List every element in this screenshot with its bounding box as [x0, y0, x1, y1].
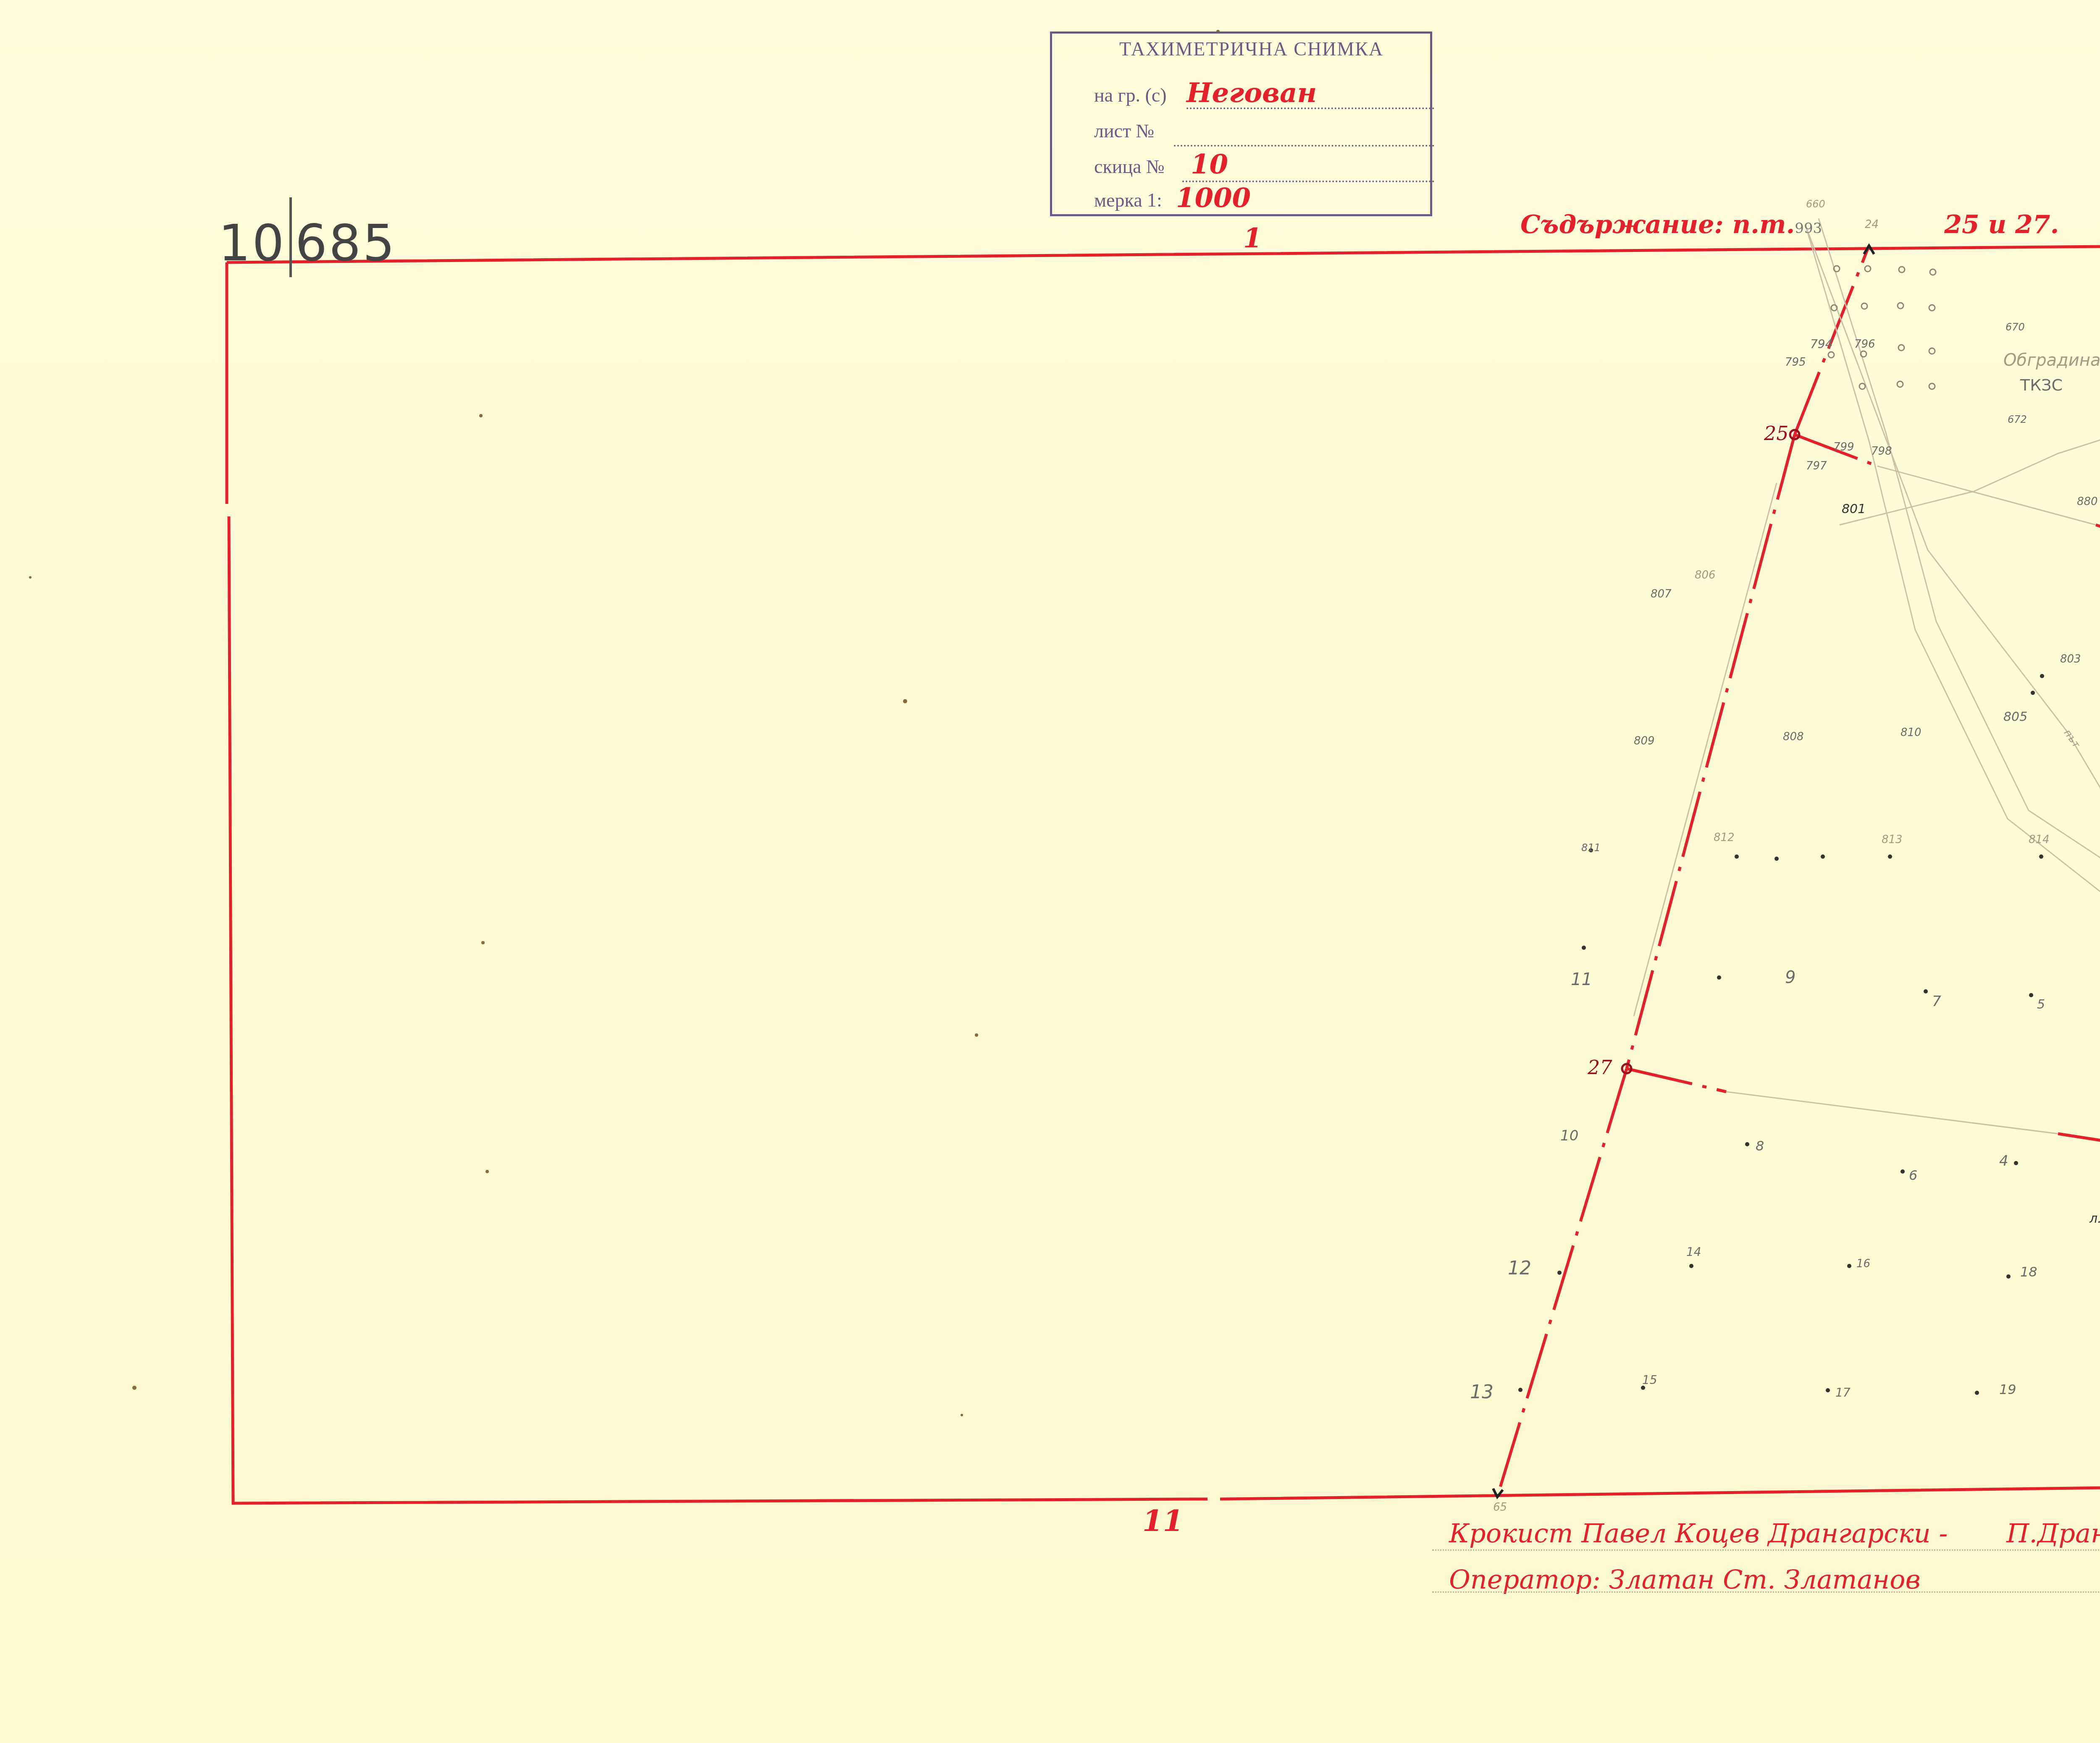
point-label: 796	[1854, 338, 1875, 351]
point-label: 797	[1806, 460, 1827, 472]
point-label: 812	[1714, 831, 1735, 844]
edge-marker-24: 24	[1865, 218, 1879, 231]
point-label: 16	[1856, 1258, 1870, 1270]
point-label: 17	[1835, 1386, 1851, 1400]
edge-marker-660: 660	[1806, 198, 1825, 210]
operator-signature-line	[1432, 1591, 2100, 1593]
sheet-dots	[1174, 145, 1434, 147]
point-label: 4	[1999, 1153, 2008, 1169]
operator-signature: Оператор: Златан Ст. Златанов	[1449, 1564, 1921, 1595]
point-label: 807	[1651, 588, 1672, 600]
sketcher-signature: Крокист Павел Коцев Дрангарски - П.Дран	[1449, 1518, 2100, 1549]
station-25-label: 25	[1764, 422, 1789, 445]
station-27-label: 27	[1588, 1056, 1612, 1079]
point-label: 806	[1695, 569, 1716, 582]
point-label: 814	[2029, 833, 2050, 846]
settlement-dots	[1186, 107, 1434, 109]
survey-sheet: ТАХИМЕТРИЧНА СНИМКА на гр. (с) Негован л…	[0, 0, 2100, 1743]
point-label: 880	[2077, 495, 2098, 508]
sheet-frame	[227, 246, 2100, 1503]
point-label: 811	[1581, 842, 1601, 854]
point-label: 13	[1470, 1381, 1494, 1403]
scale-value: 1000	[1176, 182, 1251, 214]
sheet-row: лист №	[1094, 120, 1154, 142]
point-label: 18	[2020, 1264, 2037, 1280]
sketcher-initials: П.Дран	[2006, 1518, 2100, 1549]
content-note-faint-ref: 993	[1795, 220, 1822, 237]
sheet-code-left: 10	[218, 214, 286, 273]
point-label: 810	[1900, 726, 1921, 739]
point-label: 19	[1999, 1381, 2016, 1397]
point-label: 670	[2005, 321, 2025, 333]
point-label: 801	[1842, 502, 1866, 516]
fence-annotation: Обградина	[2003, 351, 2100, 370]
point-label: 5	[2037, 997, 2045, 1012]
sketch-row: скица № 10	[1094, 155, 1165, 178]
point-label: 15	[1642, 1373, 1657, 1387]
sheet-code-separator	[289, 197, 292, 277]
point-label: 805	[2003, 710, 2027, 724]
sheet-code: 10685	[218, 197, 396, 277]
sketch-label: скица №	[1094, 156, 1165, 177]
settlement-row: на гр. (с) Негован	[1094, 84, 1166, 106]
point-label: 798	[1871, 445, 1892, 458]
sketcher-name: Крокист Павел Коцев Дрангарски -	[1449, 1518, 1948, 1549]
point-label: 10	[1560, 1127, 1578, 1144]
point-label: 11	[1571, 970, 1592, 989]
point-label: 813	[1882, 833, 1903, 846]
sketcher-signature-line	[1432, 1549, 2100, 1551]
point-label: 794	[1810, 337, 1832, 351]
point-label: 808	[1783, 731, 1804, 743]
point-label: 7	[1932, 993, 1941, 1010]
stamp-title: ТАХИМЕТРИЧНА СНИМКА	[1119, 38, 1383, 60]
content-note: Съдържание: п.т.993 25 и 27.	[1520, 210, 2059, 239]
scale-row: мерка 1: 1000	[1094, 189, 1162, 211]
settlement-label: на гр. (с)	[1094, 84, 1166, 106]
sheet-code-right: 685	[295, 214, 396, 273]
point-label: 6	[1909, 1167, 1917, 1183]
adjacent-sketch-top: 1	[1243, 223, 1262, 254]
point-label: 799	[1833, 441, 1854, 453]
scale-label: мерка 1:	[1094, 189, 1162, 211]
point-label: 14	[1686, 1245, 1701, 1259]
org-annotation: ТКЗС	[2020, 376, 2063, 394]
point-label: 9	[1785, 968, 1795, 987]
adjacent-sketch-bottom: 11	[1142, 1503, 1183, 1538]
point-label: 8	[1756, 1138, 1764, 1154]
height-point-annotation: л.т.750	[2089, 1211, 2100, 1226]
point-label: 795	[1785, 356, 1806, 369]
content-note-label: Съдържание: п.т.	[1520, 210, 1795, 239]
content-note-stations: 25 и 27.	[1944, 210, 2059, 239]
point-label: 809	[1634, 735, 1655, 747]
detail-point-dots	[1518, 624, 2100, 1398]
settlement-value: Негован	[1186, 77, 1317, 109]
point-label: 672	[2008, 414, 2027, 425]
point-label: 803	[2060, 653, 2081, 666]
edge-marker-65: 65	[1493, 1501, 1507, 1514]
sheet-label: лист №	[1094, 120, 1154, 142]
sketch-value: 10	[1191, 149, 1228, 180]
title-stamp: ТАХИМЕТРИЧНА СНИМКА на гр. (с) Негован л…	[1050, 31, 1432, 216]
point-label: 12	[1508, 1258, 1531, 1279]
